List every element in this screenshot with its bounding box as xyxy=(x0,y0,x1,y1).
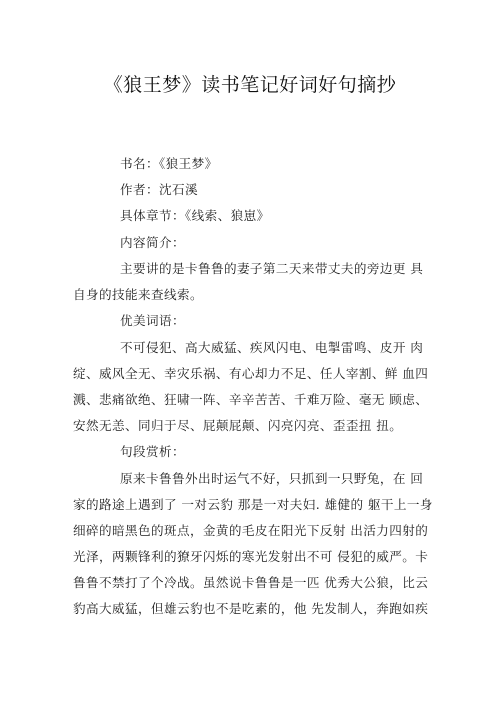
chapter: 具体章节：《线索、狼崽》 xyxy=(120,205,270,224)
summary-line: 主要讲的是卡鲁鲁的妻子第二天来带丈夫的旁边更 具 xyxy=(120,258,423,277)
passage-heading: 句段赏析： xyxy=(120,441,185,460)
words-line: 不可侵犯、高大威猛、疾风闪电、电掣雷鸣、皮开 肉 xyxy=(120,337,423,356)
document-title: 《狼王梦》读书笔记好词好句摘抄 xyxy=(0,70,500,97)
passage-line: 细碎的暗黑色的斑点，金黄的毛皮在阳光下反射 出活力四射的 xyxy=(73,520,428,539)
words-line: 溅、悲痛欲绝、狂啸一阵、辛辛苦苦、千难万险、毫无 顾虑、 xyxy=(73,389,428,408)
passage-line: 豹高大威猛，但雄云豹也不是吃素的，他 先发制人，奔跑如疾 xyxy=(73,598,428,617)
words-line: 安然无恙、同归于尽、屁颠屁颠、闪亮闪亮、歪歪扭 扭。 xyxy=(73,415,402,434)
summary-line: 自身的技能来查线索。 xyxy=(73,284,203,303)
passage-line: 鲁鲁不禁打了个冷战。虽然说卡鲁鲁是一匹 优秀大公狼，比云 xyxy=(73,572,428,591)
summary-heading: 内容简介： xyxy=(120,232,185,251)
passage-line: 光泽，两颗锋利的獠牙闪烁的寒光发射出不可 侵犯的威严。卡 xyxy=(73,546,428,565)
words-heading: 优美词语： xyxy=(120,310,185,329)
book-name: 书名：《狼王梦》 xyxy=(120,153,218,172)
words-line: 绽、威风全无、幸灾乐祸、有心却力不足、任人宰割、鲜 血四 xyxy=(73,363,428,382)
author: 作者：沈石溪 xyxy=(120,179,198,198)
passage-line: 家的路途上遇到了 一对云豹 那是一对夫妇. 雄健的 躯干上一身 xyxy=(73,494,433,513)
passage-line: 原来卡鲁鲁外出时运气不好，只抓到一只野兔，在 回 xyxy=(120,468,423,487)
